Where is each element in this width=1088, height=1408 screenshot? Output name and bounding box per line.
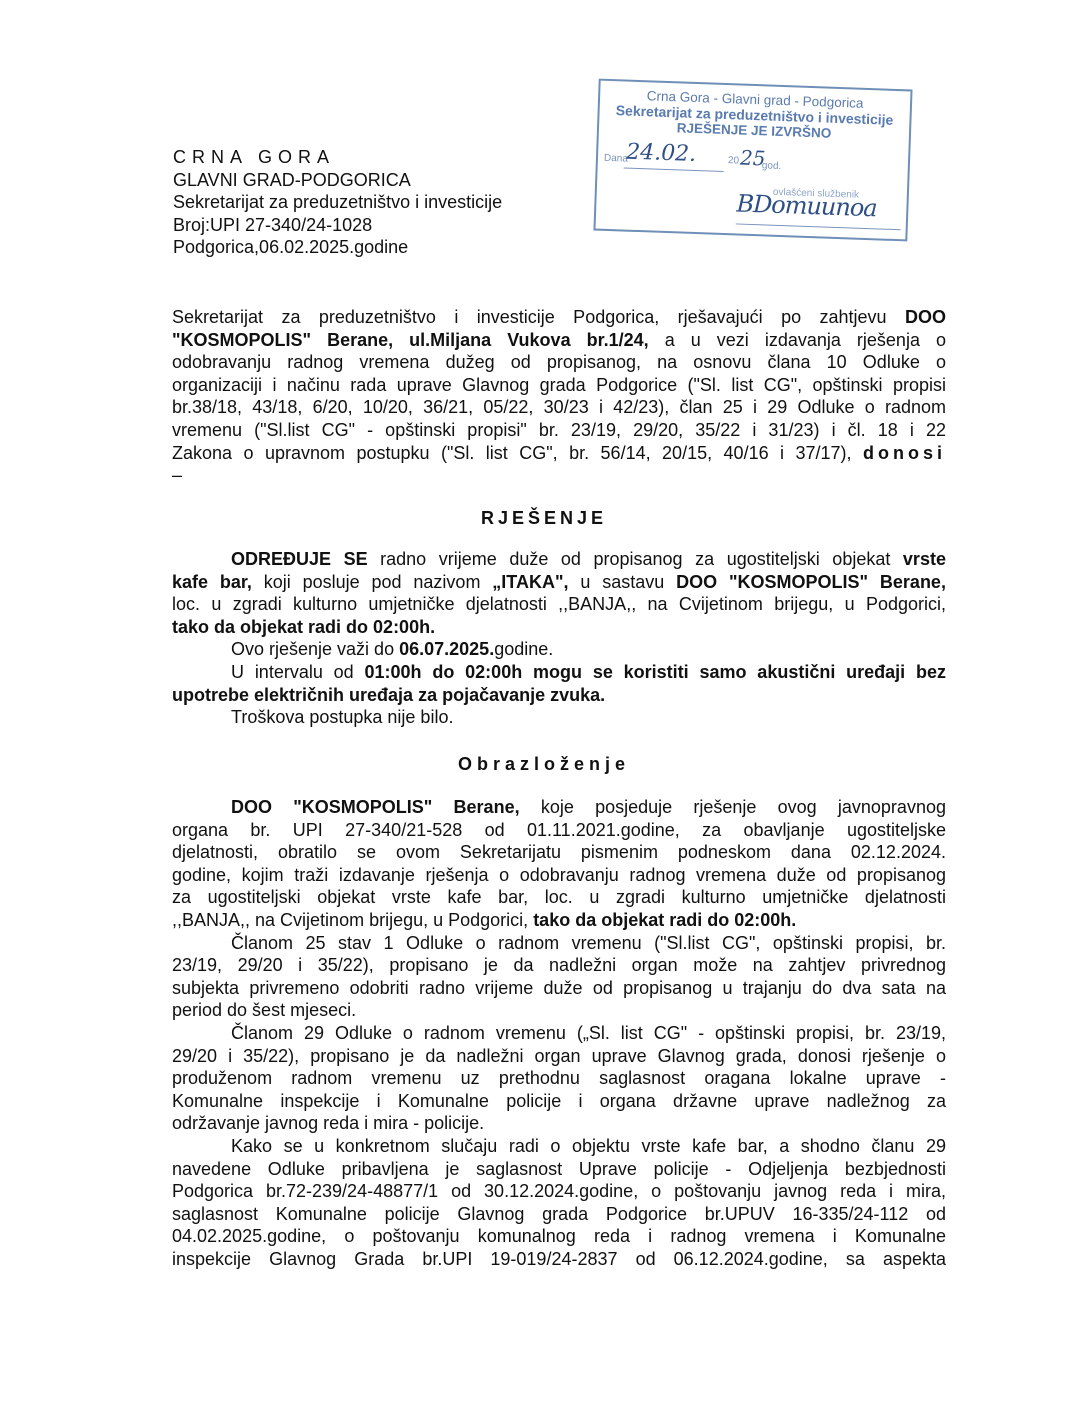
stamp-year-label: god. <box>762 160 782 172</box>
text: a u vezi izdavanja rješenja o <box>665 330 946 350</box>
reasoning-b-line-2: 23/19, 29/20 i 35/22), propisano je da n… <box>172 954 946 977</box>
validity-line: Ovo rješenje važi do 06.07.2025.godine. <box>172 638 946 661</box>
reasoning-a-line-5: za ugostiteljski objekat vrste kafe bar,… <box>172 886 946 909</box>
intro-line-6: vremenu ("Sl.list CG" - opštinski propis… <box>172 419 946 442</box>
reasoning-heading: Obrazloženje <box>0 754 1088 775</box>
company-name: DOO "KOSMOPOLIS" Berane, <box>231 797 520 817</box>
reasoning-c-line-1: Članom 29 Odluke o radnom vremenu („Sl. … <box>172 1022 946 1045</box>
donosi-keyword: donosi <box>863 443 946 463</box>
acoustic-line-2: upotrebe električnih uređaja za pojačava… <box>172 684 946 707</box>
stamp-signature-underline <box>736 223 901 230</box>
reasoning-b-line-3: subjekta privremeno odobriti radno vrije… <box>172 977 946 1000</box>
acoustic-condition: 01:00h do 02:00h mogu se koristiti samo … <box>365 662 946 682</box>
reasoning-c-line-5: održavanje javnog reda i mira - policije… <box>172 1112 946 1135</box>
stamp-year-prefix: 20 <box>728 155 740 166</box>
stamp-date-underline <box>624 167 724 171</box>
text: radno vrijeme duže od propisanog za ugos… <box>380 549 890 569</box>
reasoning-d-line-6: inspekcije Glavnog Grada br.UPI 19-019/2… <box>172 1248 946 1271</box>
text: Ovo rješenje važi do <box>231 639 394 659</box>
reasoning-d-line-2: navedene Odluke pribavljena je saglasnos… <box>172 1158 946 1181</box>
enforcement-stamp: Crna Gora - Glavni grad - Podgorica Sekr… <box>593 79 912 242</box>
document-page: CRNA GORA GLAVNI GRAD-PODGORICA Sekretar… <box>0 0 1088 1408</box>
reasoning-a-line-4: godine, kojim traži izdavanje rješenja o… <box>172 864 946 887</box>
reasoning-c-line-4: Komunalne inspekcije i Komunalne policij… <box>172 1090 946 1113</box>
decision-heading: RJEŠENJE <box>0 508 1088 529</box>
decision-line-4: tako da objekat radi do 02:00h. <box>172 616 946 639</box>
reasoning-d-line-1: Kako se u konkretnom slučaju radi o obje… <box>172 1135 946 1158</box>
venue-type: kafe bar, <box>172 572 252 592</box>
reasoning-d-line-3: Podgorica br.72-239/24-48877/1 od 30.12.… <box>172 1180 946 1203</box>
text: godine. <box>494 639 553 659</box>
intro-line-3: odobravanju radnog vremena dužeg od prop… <box>172 351 946 374</box>
intro-paragraph: Sekretarijat za preduzetništvo i investi… <box>172 306 946 487</box>
decision-line-2: kafe bar, koji posluje pod nazivom „ITAK… <box>172 571 946 594</box>
company-name: DOO "KOSMOPOLIS" Berane, <box>676 572 946 592</box>
text: Zakona o upravnom postupku ("Sl. list CG… <box>172 443 852 463</box>
decision-line-3: loc. u zgradi kulturno umjetničke djelat… <box>172 593 946 616</box>
reasoning-body: DOO "KOSMOPOLIS" Berane, koje posjeduje … <box>172 796 946 1270</box>
company-name-address: "KOSMOPOLIS" Berane, ul.Miljana Vukova b… <box>172 330 649 350</box>
decision-body: ODREĐUJE SE radno vrijeme duže od propis… <box>172 548 946 729</box>
reasoning-c-line-2: 29/20 i 35/22), propisano je da nadležni… <box>172 1045 946 1068</box>
secretariat-name: Sekretarijat za preduzetništvo i investi… <box>173 191 502 214</box>
stamp-date-label: Dana <box>604 153 628 165</box>
text-bold: vrste <box>903 549 946 569</box>
text: koji posluje pod nazivom <box>264 572 481 592</box>
acoustic-line-1: U intervalu od 01:00h do 02:00h mogu se … <box>172 661 946 684</box>
reasoning-a-line-2: organa br. UPI 27-340/21-528 od 01.11.20… <box>172 819 946 842</box>
intro-line-8: – <box>172 464 946 487</box>
determines-keyword: ODREĐUJE SE <box>231 549 368 569</box>
intro-line-4: organizaciji i načinu rada uprave Glavno… <box>172 374 946 397</box>
text: koje posjeduje rješenje ovog javnopravno… <box>541 797 946 817</box>
country-name: CRNA GORA <box>173 146 502 169</box>
reasoning-c-line-3: produženom radnom vremenu uz prethodnu s… <box>172 1067 946 1090</box>
text: ,,BANJA,, na Cvijetinom brijegu, u Podgo… <box>172 910 528 930</box>
reasoning-a-line-1: DOO "KOSMOPOLIS" Berane, koje posjeduje … <box>172 796 946 819</box>
stamp-handwritten-date: 24.02. <box>626 140 697 167</box>
intro-line-7: Zakona o upravnom postupku ("Sl. list CG… <box>172 442 946 465</box>
reasoning-d-line-4: saglasnost Komunalne policije Glavnog gr… <box>172 1203 946 1226</box>
text: u sastavu <box>580 572 664 592</box>
text: Sekretarijat za preduzetništvo i investi… <box>172 307 887 327</box>
company-type: DOO <box>905 307 946 327</box>
reasoning-a-line-6: ,,BANJA,, na Cvijetinom brijegu, u Podgo… <box>172 909 946 932</box>
city-name: GLAVNI GRAD-PODGORICA <box>173 169 502 192</box>
text: U intervalu od <box>231 662 354 682</box>
costs-line: Troškova postupka nije bilo. <box>172 706 946 729</box>
working-hours: tako da objekat radi do 02:00h. <box>533 910 796 930</box>
place-and-date: Podgorica,06.02.2025.godine <box>173 236 502 259</box>
intro-line-2: "KOSMOPOLIS" Berane, ul.Miljana Vukova b… <box>172 329 946 352</box>
working-hours: tako da objekat radi do 02:00h. <box>172 617 435 637</box>
venue-name: „ITAKA", <box>492 572 568 592</box>
official-signature: BDomuunoa <box>736 189 877 222</box>
acoustic-condition-cont: upotrebe električnih uređaja za pojačava… <box>172 685 605 705</box>
reasoning-b-line-4: period do šest mjeseci. <box>172 999 946 1022</box>
reasoning-a-line-3: djelatnosti, obratilo se ovom Sekretarij… <box>172 841 946 864</box>
letterhead: CRNA GORA GLAVNI GRAD-PODGORICA Sekretar… <box>173 146 502 259</box>
intro-line-5: br.38/18, 43/18, 6/20, 10/20, 36/21, 05/… <box>172 396 946 419</box>
validity-date: 06.07.2025. <box>399 639 494 659</box>
intro-line-1: Sekretarijat za preduzetništvo i investi… <box>172 306 946 329</box>
reasoning-d-line-5: 04.02.2025.godine, o poštovanju komunaln… <box>172 1225 946 1248</box>
decision-line-1: ODREĐUJE SE radno vrijeme duže od propis… <box>172 548 946 571</box>
document-number: Broj:UPI 27-340/24-1028 <box>173 214 502 237</box>
reasoning-b-line-1: Članom 25 stav 1 Odluke o radnom vremenu… <box>172 932 946 955</box>
